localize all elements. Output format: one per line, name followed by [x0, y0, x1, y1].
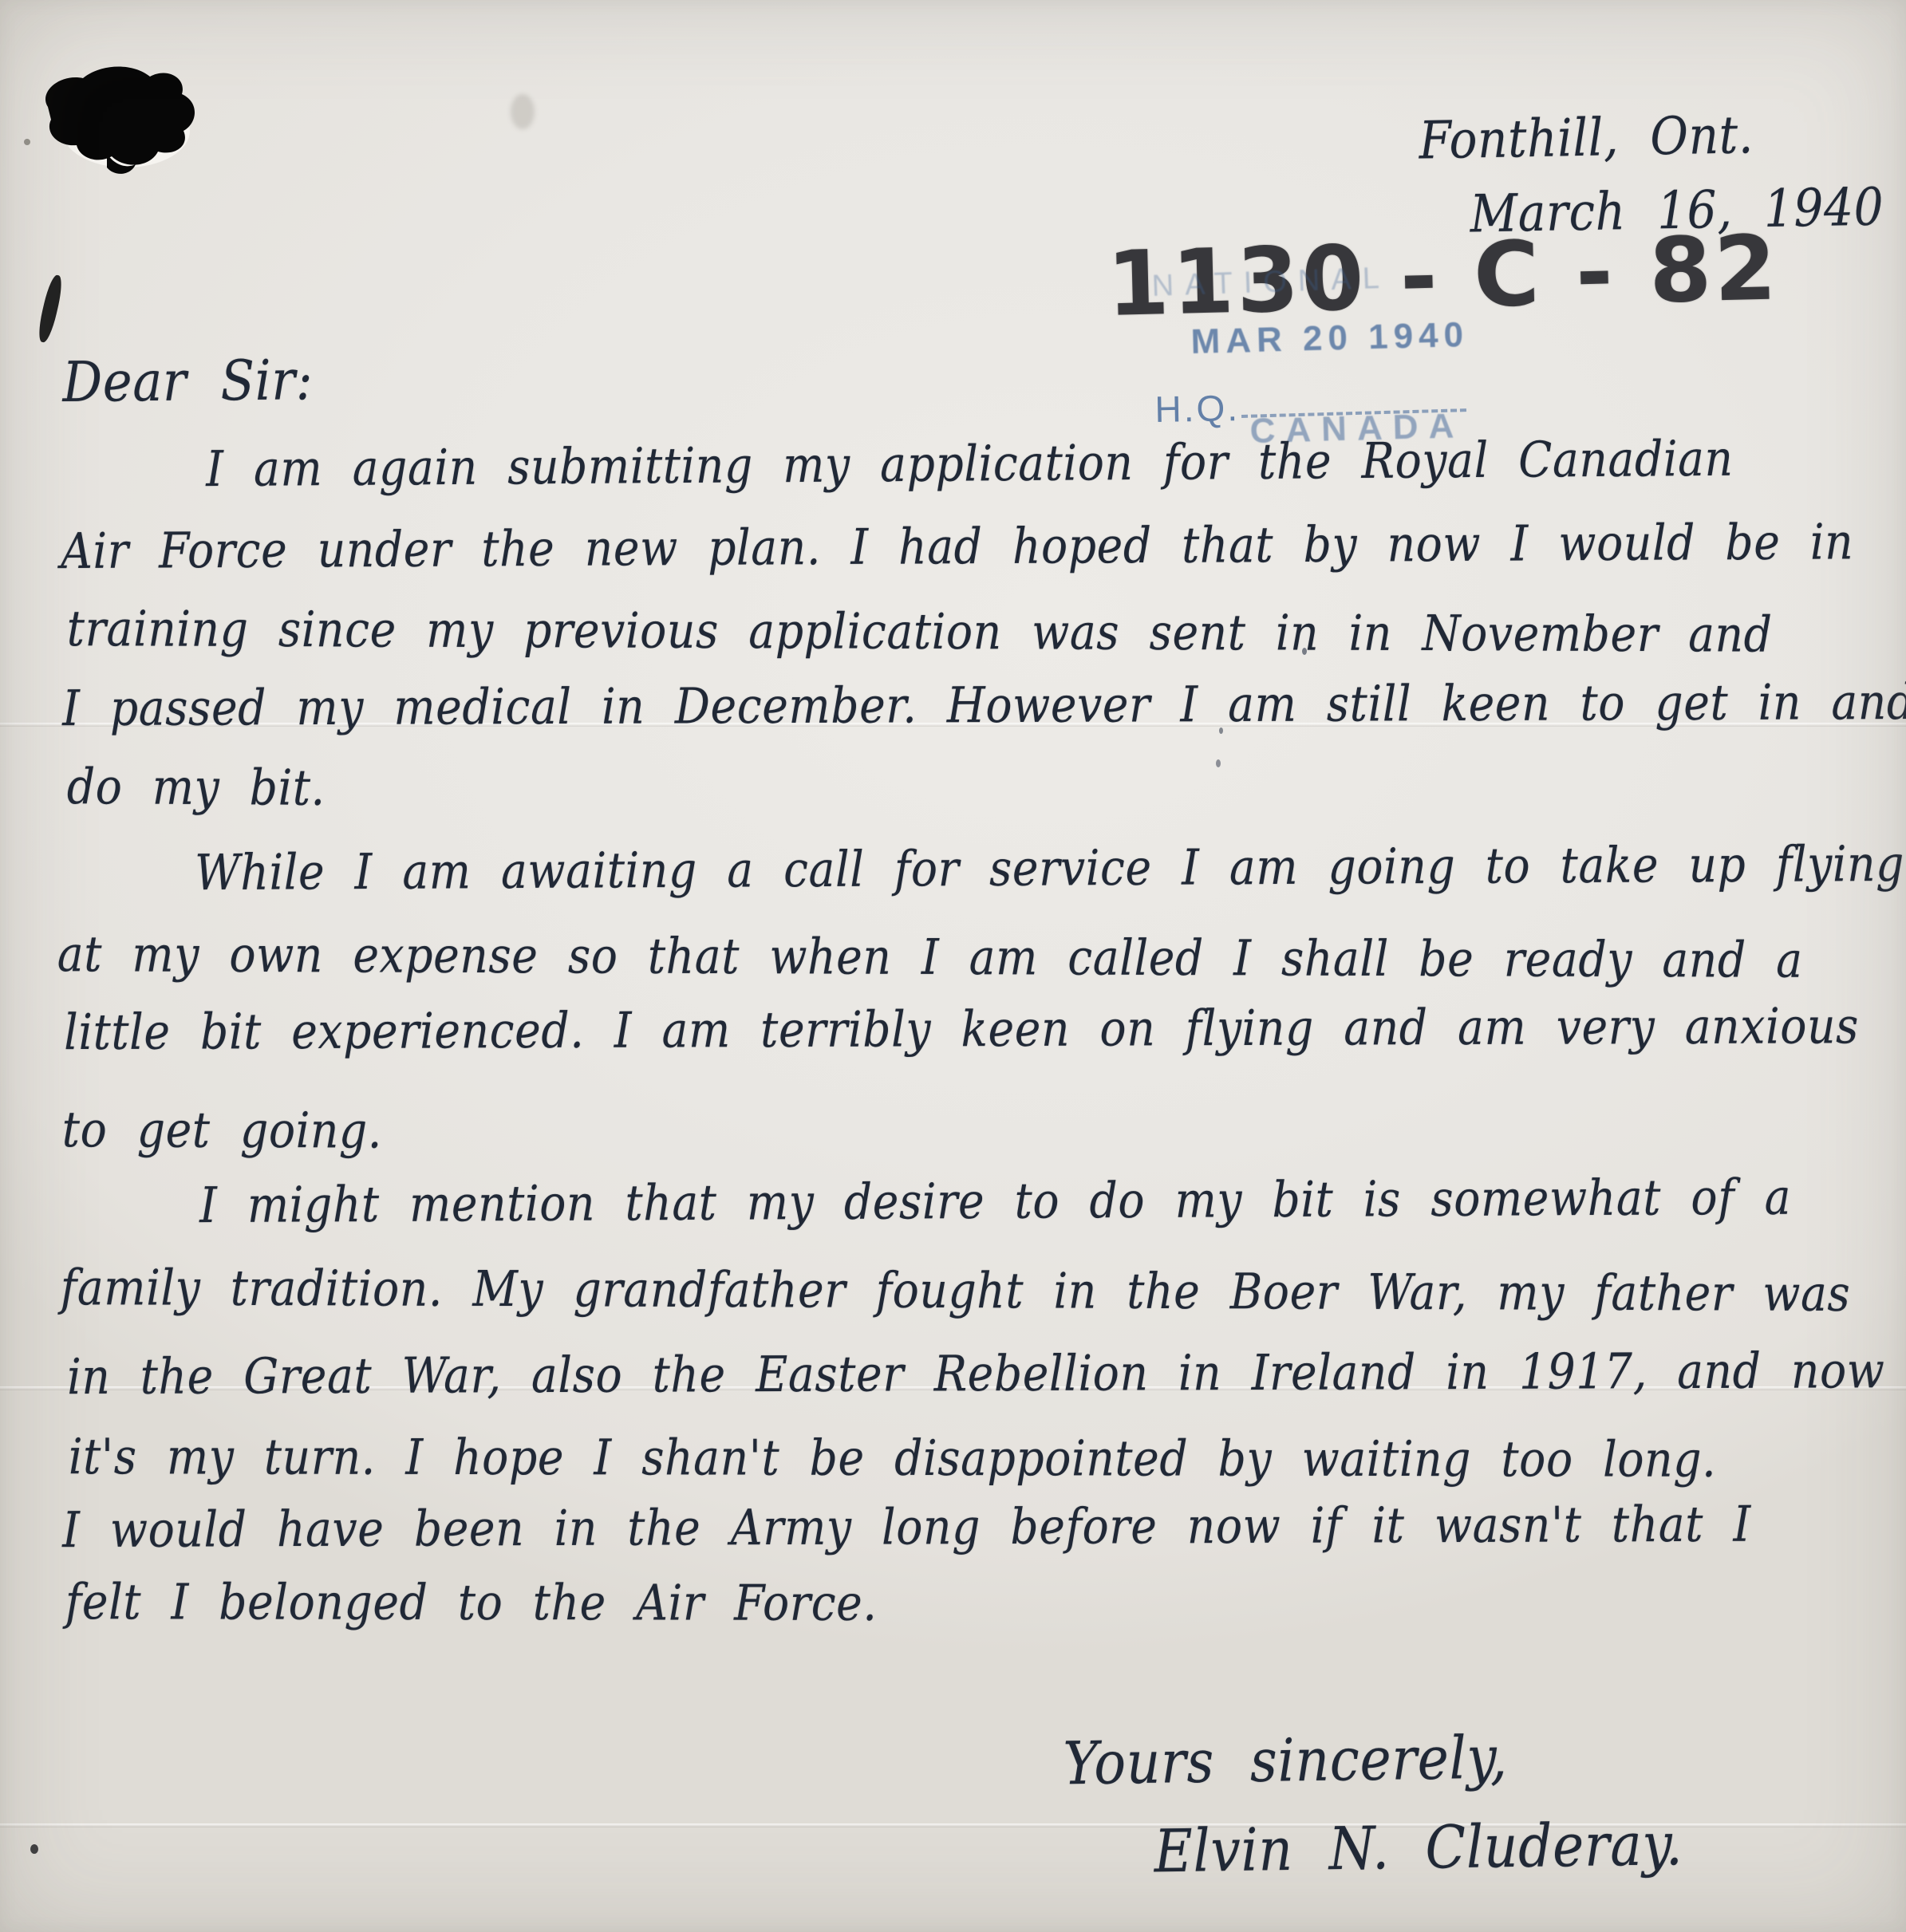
salutation: Dear Sir:	[62, 347, 314, 414]
ink-speck	[1219, 727, 1223, 734]
body-line: do my bit.	[67, 758, 326, 816]
body-line: training since my previous application w…	[67, 600, 1773, 663]
body-line: Air Force under the new plan. I had hope…	[61, 513, 1853, 579]
body-line: family tradition. My grandfather fought …	[61, 1259, 1851, 1323]
body-line: in the Great War, also the Easter Rebell…	[67, 1342, 1885, 1406]
valediction: Yours sincerely,	[1063, 1723, 1508, 1798]
tear-hole	[30, 57, 222, 193]
body-line: at my own expense so that when I am call…	[57, 925, 1803, 988]
body-line: to get going.	[62, 1101, 382, 1159]
paper-smudge	[511, 94, 535, 129]
body-line: I am again submitting my application for…	[206, 430, 1734, 498]
letter-page: Fonthill, Ont. March 16, 1940 1130 - C -…	[0, 0, 1906, 1932]
tear-mark	[36, 274, 65, 344]
ink-speck	[1216, 759, 1221, 767]
body-line: I would have been in the Army long befor…	[62, 1496, 1751, 1559]
ink-speck	[30, 1844, 38, 1854]
ink-speck	[1302, 648, 1307, 655]
letterhead-place: Fonthill, Ont.	[1419, 104, 1754, 171]
stamp-date-line: MAR 20 1940	[1190, 315, 1470, 362]
body-line: little bit experienced. I am terribly ke…	[64, 997, 1859, 1061]
body-line: I passed my medical in December. However…	[62, 673, 1906, 737]
body-line: I might mention that my desire to do my …	[199, 1169, 1791, 1234]
signature: Elvin N. Cluderay.	[1154, 1810, 1683, 1886]
body-line: felt I belonged to the Air Force.	[65, 1573, 878, 1631]
stamp-hq-line: H.Q.	[1154, 386, 1240, 431]
paper-speck	[24, 139, 30, 145]
body-line: While I am awaiting a call for service I…	[195, 835, 1904, 901]
body-line: it's my turn. I hope I shan't be disappo…	[69, 1428, 1716, 1488]
